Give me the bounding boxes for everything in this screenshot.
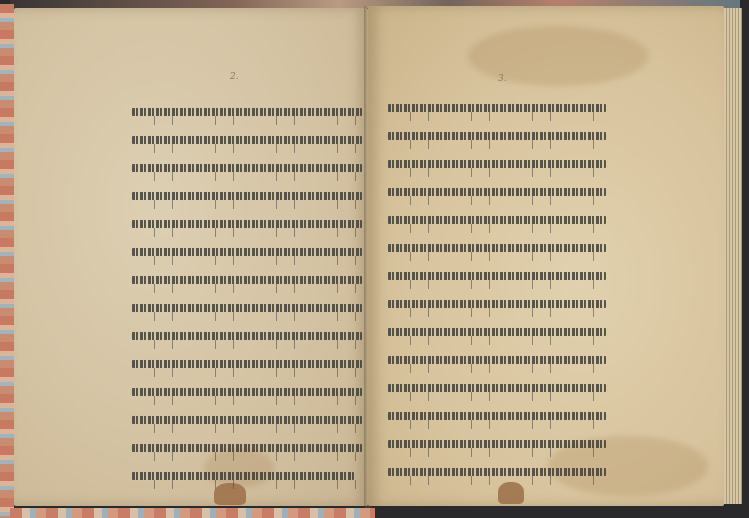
script-line (132, 440, 362, 463)
script-line (132, 216, 362, 239)
script-line (132, 356, 362, 379)
script-line (132, 468, 362, 491)
script-line (132, 272, 362, 295)
marbled-cover-left-edge (0, 4, 14, 518)
script-line (388, 296, 606, 319)
script-line (388, 324, 606, 347)
script-line (388, 352, 606, 375)
script-line (132, 160, 362, 183)
page-edges (724, 8, 742, 504)
script-line (388, 436, 606, 459)
script-line (132, 188, 362, 211)
script-line (132, 412, 362, 435)
script-line (388, 156, 606, 179)
marbled-cover-bottom-edge (10, 508, 375, 518)
script-line (388, 464, 606, 487)
left-text-block (132, 104, 362, 496)
script-line (132, 300, 362, 323)
script-line (388, 268, 606, 291)
manuscript-photo: 2. 3. (0, 0, 749, 518)
script-line (132, 244, 362, 267)
script-line (388, 240, 606, 263)
script-line (132, 328, 362, 351)
script-line (388, 212, 606, 235)
script-line (388, 100, 606, 123)
script-line (388, 380, 606, 403)
left-page: 2. (14, 8, 368, 506)
script-line (132, 104, 362, 127)
right-page: 3. (368, 6, 724, 506)
script-line (388, 128, 606, 151)
page-number: 3. (498, 74, 507, 84)
script-line (388, 408, 606, 431)
script-line (388, 184, 606, 207)
right-text-block (388, 100, 606, 492)
script-line (132, 132, 362, 155)
water-stain (468, 26, 648, 86)
script-line (132, 384, 362, 407)
page-number: 2. (230, 72, 239, 82)
